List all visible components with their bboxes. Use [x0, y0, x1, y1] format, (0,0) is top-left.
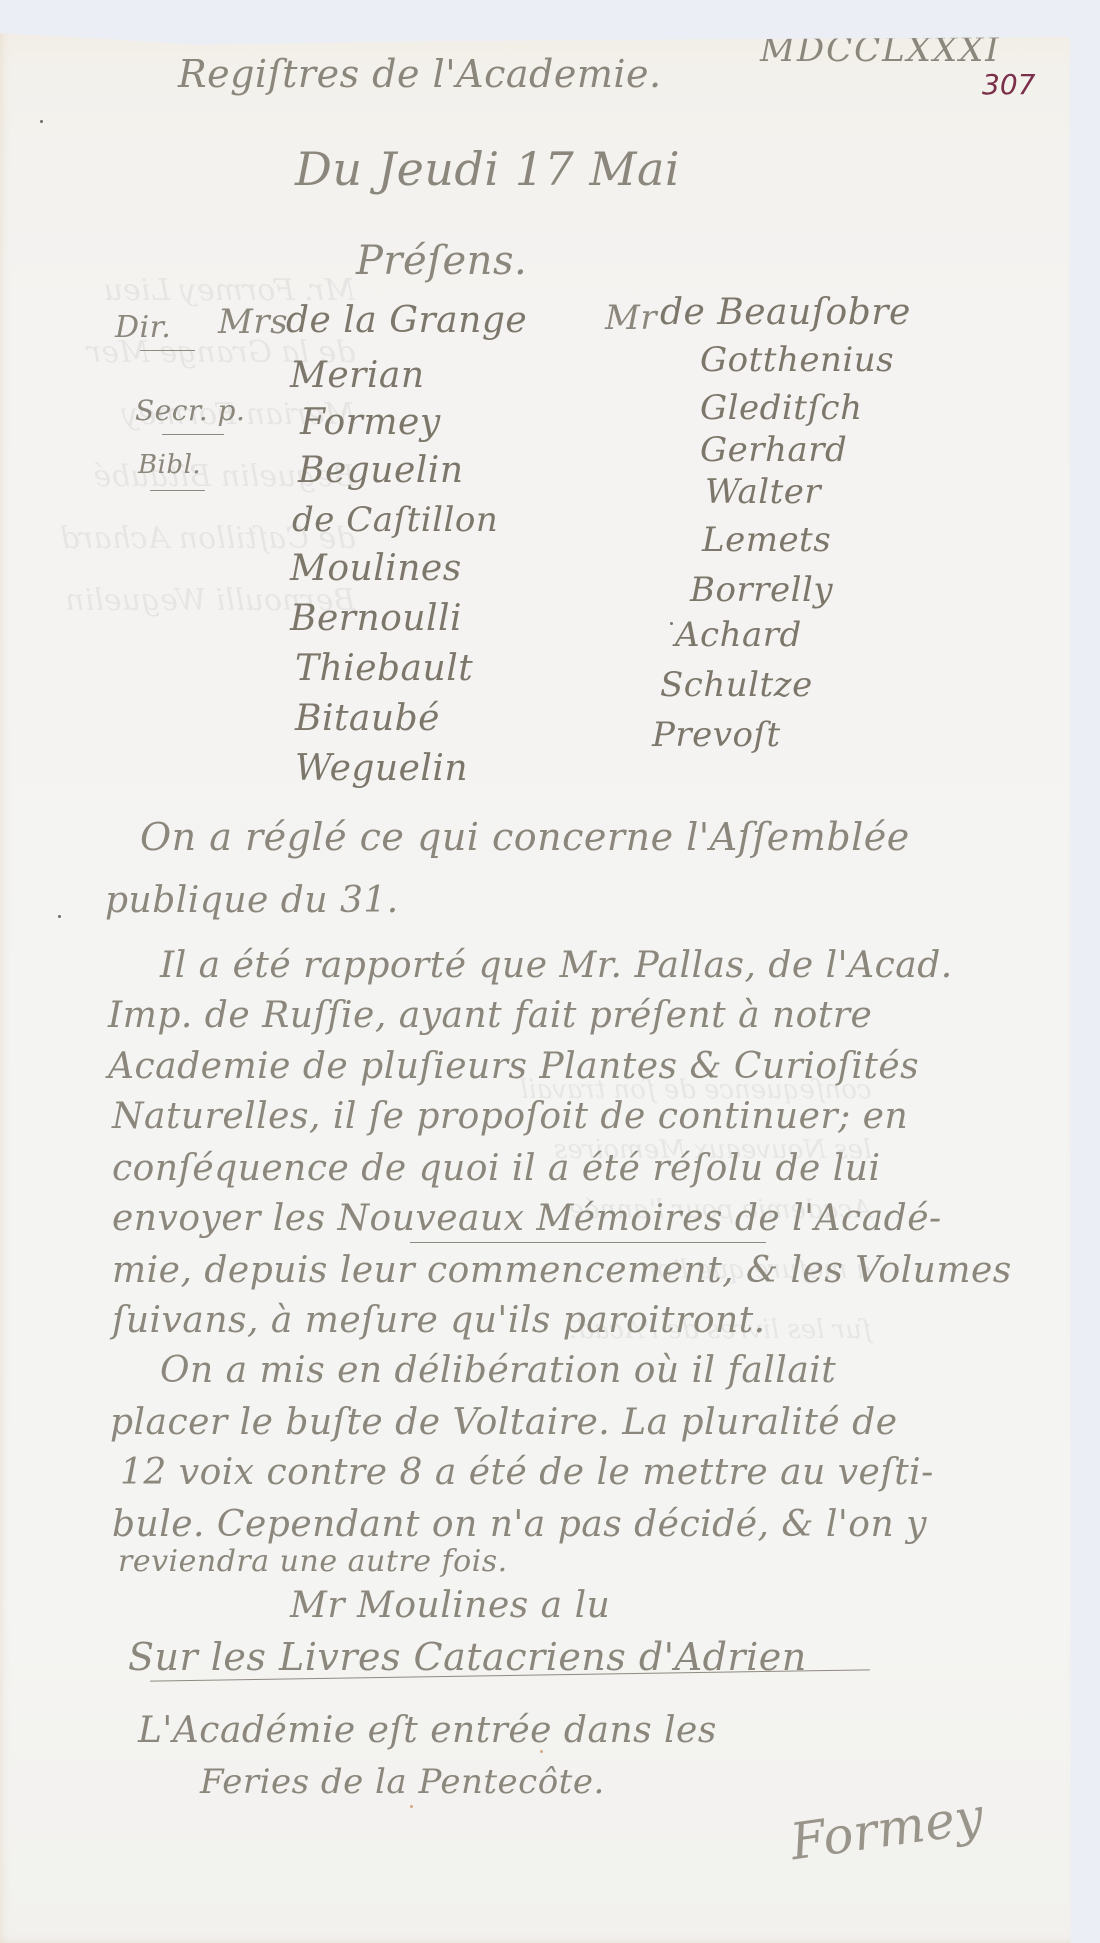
minutes-line: Academie de pluſieurs Plantes & Curioſit…: [108, 1046, 919, 1087]
member-name: de Caſtillon: [292, 500, 498, 540]
member-name: Formey: [300, 402, 441, 443]
member-name: Thiebault: [295, 648, 473, 689]
member-name: Moulines: [290, 548, 462, 589]
member-name: Prevoſt: [652, 715, 781, 755]
minutes-line: ſuivans, à meſure qu'ils paroitront.: [112, 1300, 766, 1341]
minutes-line: On a réglé ce qui concerne l'Aſſemblée: [140, 815, 910, 859]
member-name: de Beauſobre: [660, 292, 911, 333]
minutes-line: envoyer les Nouveaux Mémoires de l'Acadé…: [112, 1198, 942, 1239]
secretary-signature: Formey: [787, 1787, 987, 1871]
paper-speck: [410, 1805, 413, 1808]
manuscript-page: Mr. Formey Lieude la Grange MerMerian Fo…: [0, 10, 1086, 1943]
folio-number: 307: [982, 68, 1035, 101]
paper-speck: [58, 915, 61, 918]
member-name: Lemets: [702, 520, 831, 560]
member-name: Borrelly: [690, 570, 833, 610]
role-director: Dir.: [115, 310, 171, 345]
paper-speck: [40, 120, 43, 123]
member-name: Beguelin: [298, 450, 464, 491]
minutes-line: Il a été rapporté que Mr. Pallas, de l'A…: [160, 945, 953, 986]
role-secretary-underline: [162, 434, 224, 435]
minutes-line: publique du 31.: [105, 880, 399, 921]
minutes-line: mie, depuis leur commencement, & les Vol…: [112, 1250, 1012, 1291]
nouveaux-memoires-underline: [410, 1242, 766, 1243]
role-librarian: Bibl.: [138, 450, 201, 480]
session-date: Du Jeudi 17 Mai: [295, 142, 680, 196]
members-prefix-right: Mr: [605, 298, 657, 338]
paper-speck: [540, 1750, 543, 1753]
member-name: Merian: [290, 355, 425, 396]
paper-speck: [670, 622, 673, 625]
role-secretary: Secr. p.: [135, 394, 245, 427]
minutes-line: L'Académie eſt entrée dans les: [138, 1710, 717, 1751]
members-prefix-left: Mrs: [218, 302, 288, 342]
member-name: Weguelin: [295, 748, 468, 789]
minutes-line: placer le buſte de Voltaire. La pluralit…: [110, 1402, 898, 1443]
member-name: Gerhard: [700, 430, 847, 470]
role-director-underline: [140, 350, 195, 351]
member-name: Walter: [705, 472, 821, 512]
member-name: Schultze: [660, 665, 813, 705]
register-title: Regiſtres de l'Academie.: [178, 52, 662, 96]
reading-announcement: Mr Moulines a lu: [290, 1585, 610, 1626]
member-name: de la Grange: [286, 300, 527, 341]
member-name: Gotthenius: [700, 340, 894, 380]
member-name: Gleditſch: [700, 388, 862, 428]
minutes-line: Naturelles, il ſe propoſoit de continuer…: [112, 1096, 908, 1137]
attendance-heading: Préſens.: [356, 238, 527, 284]
minutes-line: Feries de la Pentecôte.: [200, 1762, 605, 1802]
minutes-line: conſéquence de quoi il a été réſolu de l…: [112, 1148, 881, 1189]
member-name: Bernoulli: [290, 598, 462, 639]
member-name: Achard: [675, 615, 802, 655]
minutes-line: Imp. de Ruſſie, ayant fait préſent à not…: [108, 995, 872, 1036]
minutes-line: On a mis en délibération où il fallait: [160, 1350, 836, 1391]
role-librarian-underline: [150, 490, 205, 491]
member-name: Bitaubé: [295, 698, 440, 739]
minutes-line: reviendra une autre fois.: [118, 1544, 508, 1579]
minutes-line: 12 voix contre 8 a été de le mettre au v…: [120, 1452, 934, 1493]
minutes-line: bule. Cependant on n'a pas décidé, & l'o…: [112, 1504, 927, 1545]
